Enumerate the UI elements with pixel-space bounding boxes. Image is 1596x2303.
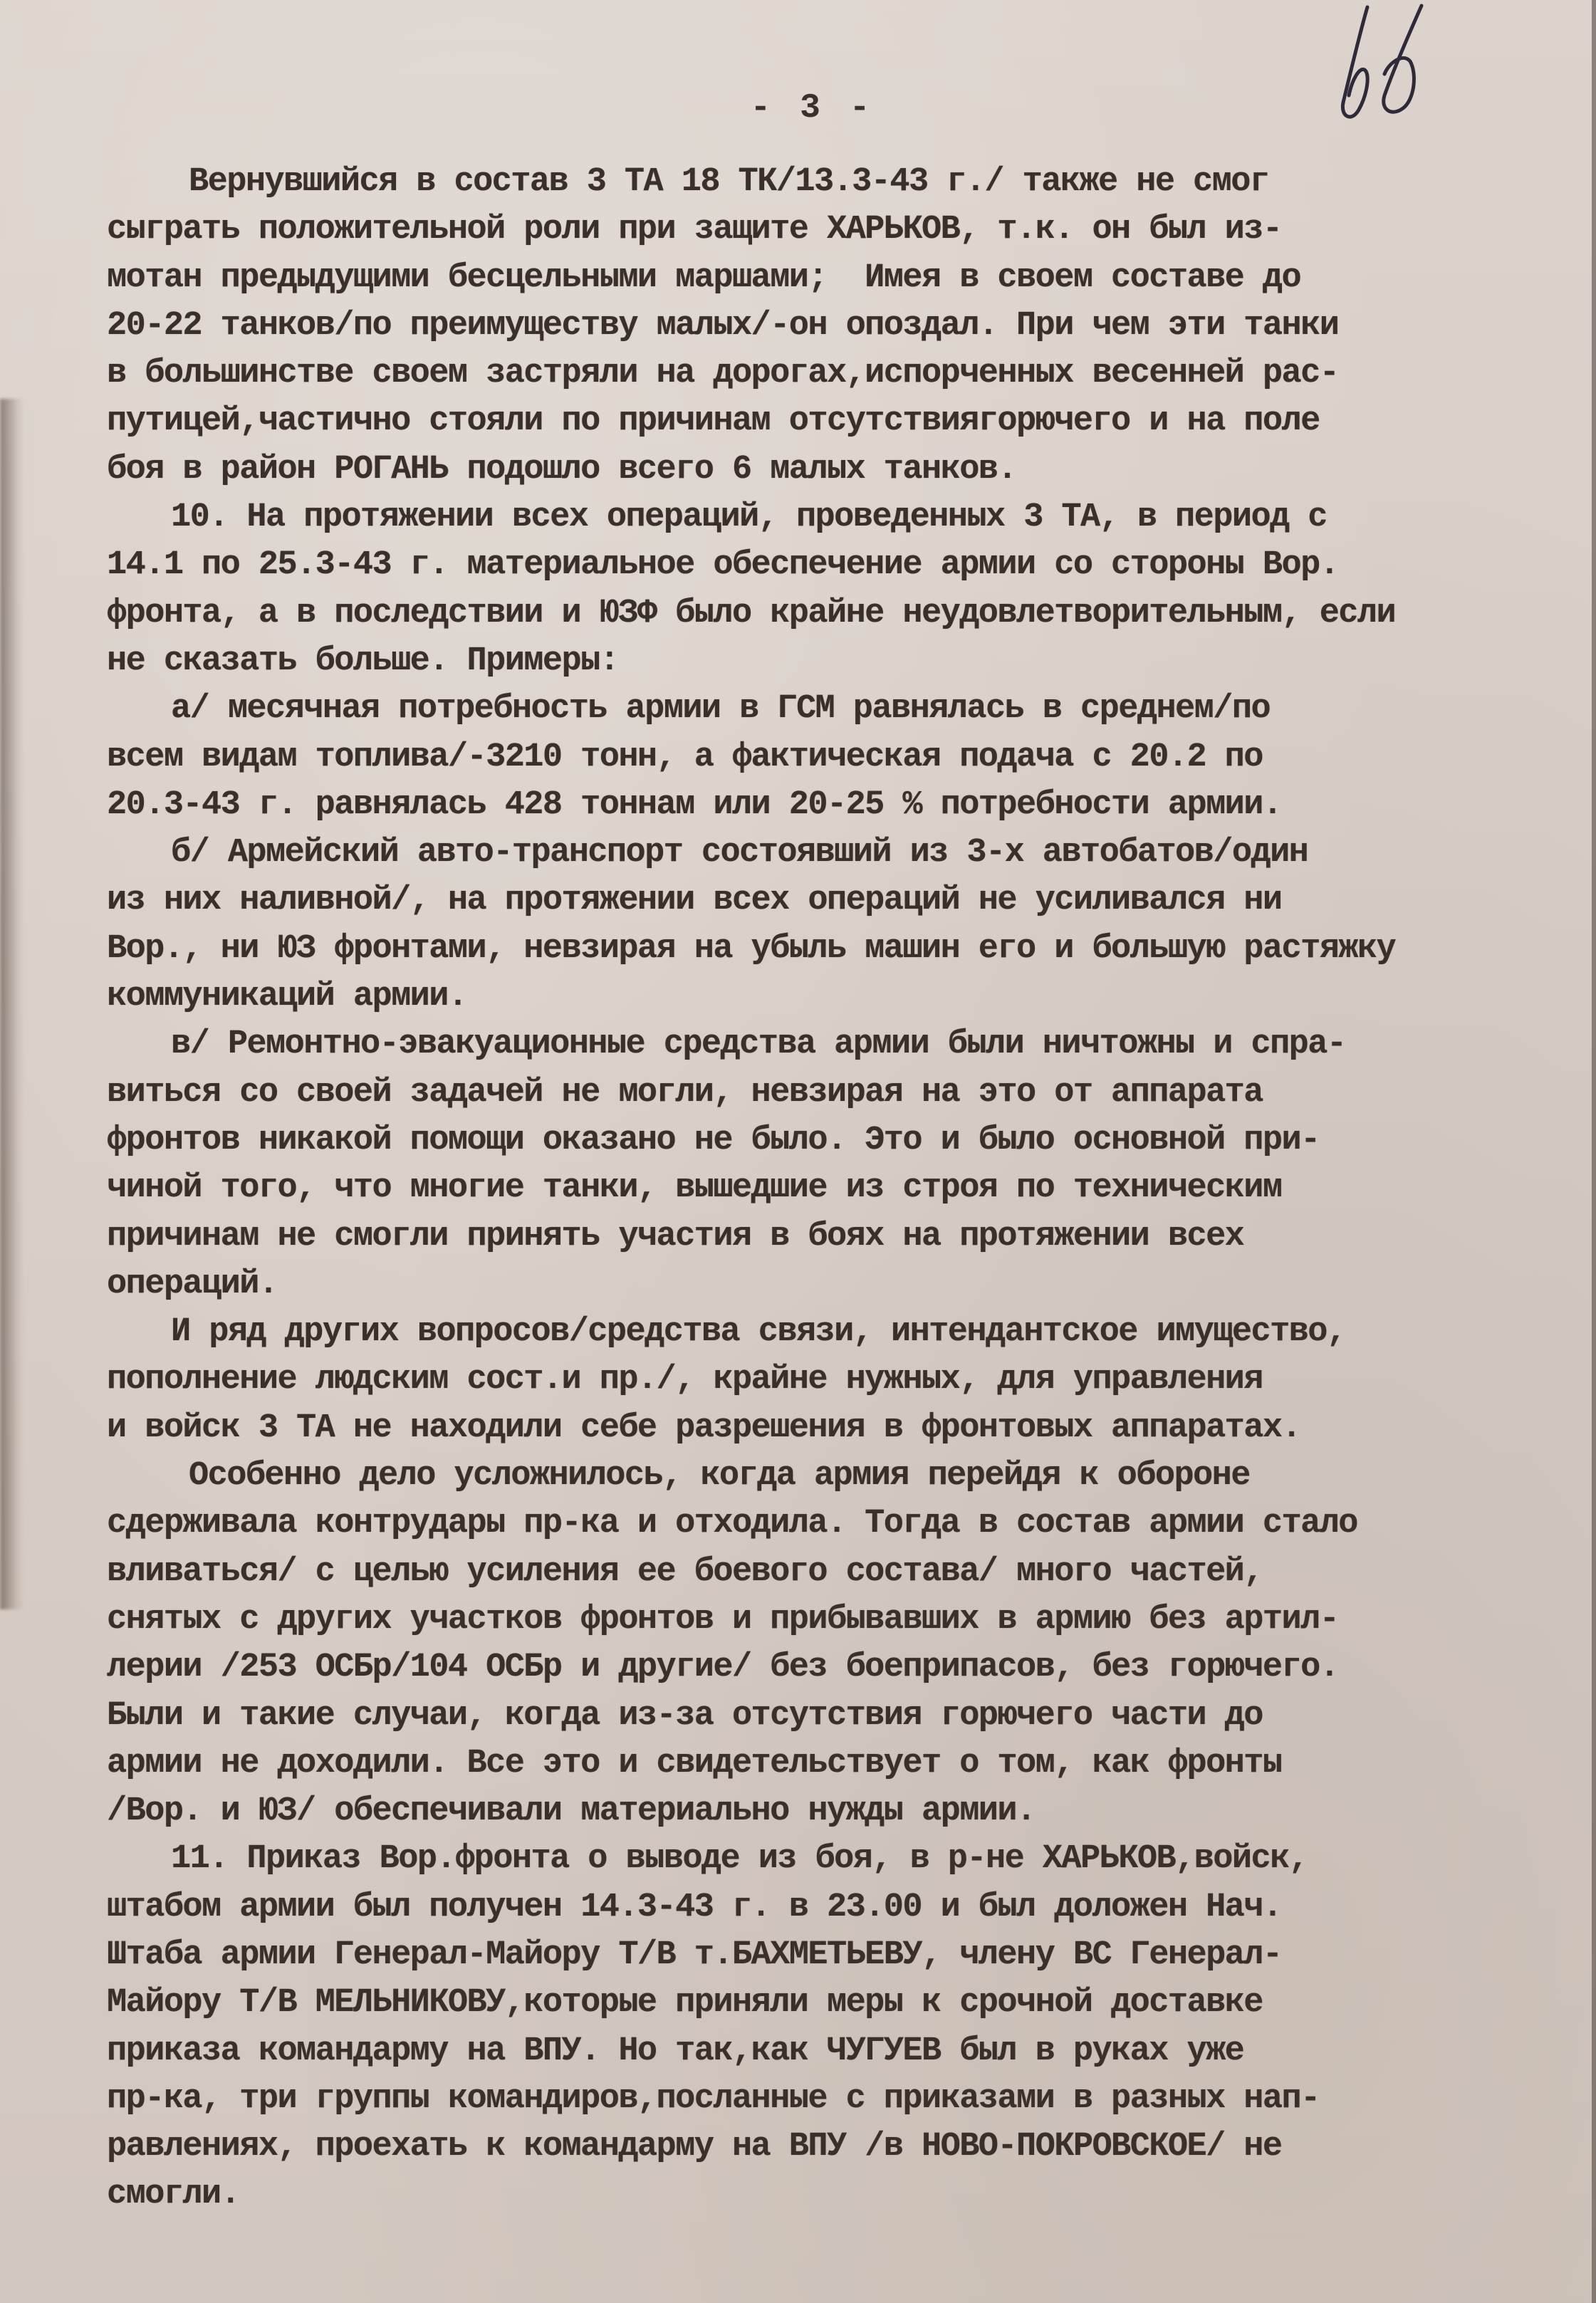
text-line: мотан предыдущими бесцельными маршами; И… bbox=[107, 254, 1588, 302]
text-line: 14.1 по 25.3-43 г. материальное обеспече… bbox=[107, 541, 1588, 589]
text-line: фронта, а в последствии и ЮЗФ было крайн… bbox=[107, 590, 1588, 637]
text-line: снятых с других участков фронтов и прибы… bbox=[107, 1596, 1588, 1644]
text-line: путицей,частично стояли по причинам отсу… bbox=[107, 397, 1588, 445]
text-line: фронтов никакой помощи оказано не было. … bbox=[107, 1117, 1588, 1164]
text-line: лерии /253 ОСБр/104 ОСБр и другие/ без б… bbox=[107, 1644, 1588, 1691]
text-line: Майору Т/В МЕЛЬНИКОВУ,которые приняли ме… bbox=[107, 1979, 1588, 2027]
page-number: - 3 - bbox=[0, 89, 1596, 127]
text-line: Вернувшийся в состав 3 ТА 18 ТК/13.3-43 … bbox=[107, 158, 1588, 206]
text-line: пр-ка, три группы командиров,посланные с… bbox=[107, 2075, 1588, 2123]
text-line: Штаба армии Генерал-Майору Т/В т.БАХМЕТЬ… bbox=[107, 1931, 1588, 1979]
text-line: смогли. bbox=[107, 2171, 1588, 2218]
text-line: а/ месячная потребность армии в ГСМ равн… bbox=[107, 685, 1588, 733]
text-line: боя в район РОГАНЬ подошло всего 6 малых… bbox=[107, 446, 1588, 493]
page-edge bbox=[1592, 0, 1596, 2303]
text-line: И ряд других вопросов/средства связи, ин… bbox=[107, 1308, 1588, 1356]
text-line: вливаться/ с целью усиления ее боевого с… bbox=[107, 1548, 1588, 1596]
text-line: коммуникаций армии. bbox=[107, 973, 1588, 1020]
text-line: Были и такие случаи, когда из-за отсутст… bbox=[107, 1692, 1588, 1740]
text-line: Особенно дело усложнилось, когда армия п… bbox=[107, 1452, 1588, 1500]
text-line: пополнение людским сост.и пр./, крайне н… bbox=[107, 1356, 1588, 1404]
text-line: 11. Приказ Вор.фронта о выводе из боя, в… bbox=[107, 1835, 1588, 1883]
text-line: всем видам топлива/-3210 тонн, а фактиче… bbox=[107, 733, 1588, 781]
text-line: чиной того, что многие танки, вышедшие и… bbox=[107, 1164, 1588, 1212]
text-line: 10. На протяжении всех операций, проведе… bbox=[107, 493, 1588, 541]
text-line: не сказать больше. Примеры: bbox=[107, 637, 1588, 685]
document-body: Вернувшийся в состав 3 ТА 18 ТК/13.3-43 … bbox=[107, 158, 1588, 2219]
text-line: виться со своей задачей не могли, невзир… bbox=[107, 1069, 1588, 1117]
text-line: сдерживала контрудары пр-ка и отходила. … bbox=[107, 1500, 1588, 1547]
text-line: приказа командарму на ВПУ. Но так,как ЧУ… bbox=[107, 2027, 1588, 2075]
text-line: Вор., ни ЮЗ фронтами, невзирая на убыль … bbox=[107, 925, 1588, 973]
text-line: армии не доходили. Все это и свидетельст… bbox=[107, 1740, 1588, 1787]
text-line: и войск 3 ТА не находили себе разрешения… bbox=[107, 1404, 1588, 1452]
text-line: из них наливной/, на протяжении всех опе… bbox=[107, 877, 1588, 924]
text-line: равлениях, проехать к командарму на ВПУ … bbox=[107, 2123, 1588, 2171]
text-line: б/ Армейский авто-транспорт состоявший и… bbox=[107, 829, 1588, 877]
text-line: штабом армии был получен 14.3-43 г. в 23… bbox=[107, 1884, 1588, 1931]
text-line: операций. bbox=[107, 1260, 1588, 1308]
text-line: сыграть положительной роли при защите ХА… bbox=[107, 206, 1588, 254]
text-line: 20.3-43 г. равнялась 428 тоннам или 20-2… bbox=[107, 781, 1588, 829]
binding-edge-shadow bbox=[0, 399, 24, 1609]
text-line: причинам не смогли принять участия в боя… bbox=[107, 1213, 1588, 1260]
text-line: /Вор. и ЮЗ/ обеспечивали материально нуж… bbox=[107, 1787, 1588, 1835]
text-line: 20-22 танков/по преимуществу малых/-он о… bbox=[107, 302, 1588, 350]
text-line: в большинстве своем застряли на дорогах,… bbox=[107, 350, 1588, 397]
text-line: в/ Ремонтно-эвакуационные средства армии… bbox=[107, 1020, 1588, 1068]
